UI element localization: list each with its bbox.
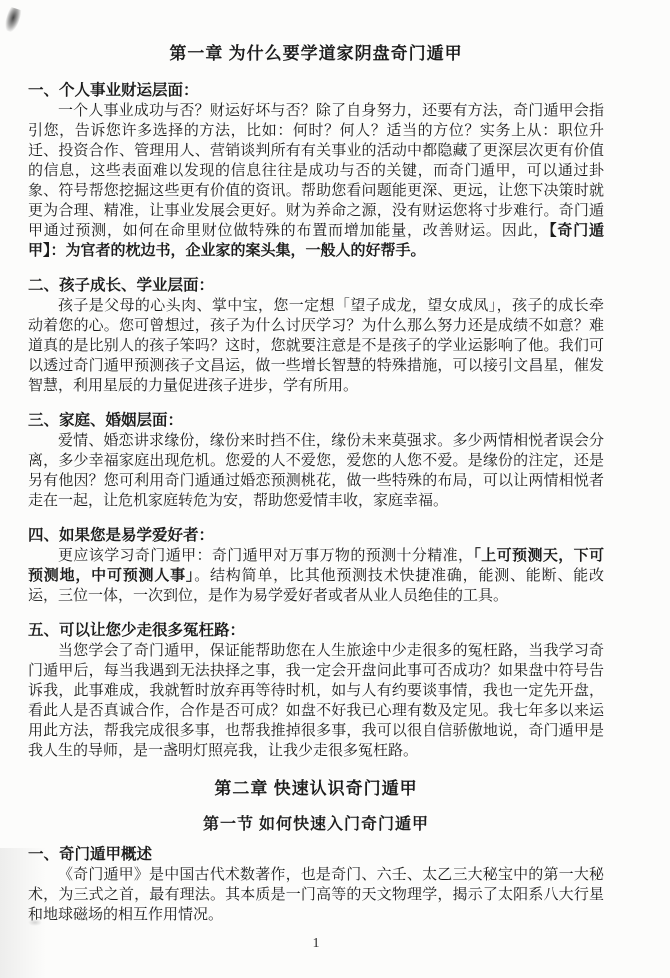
section-2-heading: 二、孩子成长、学业层面： <box>28 275 604 296</box>
document-page: 第一章 为什么要学道家阴盘奇门遁甲 一、个人事业财运层面： 一个人事业成功与否？… <box>0 0 670 978</box>
page-number: 1 <box>28 934 604 954</box>
section-1-heading: 一、个人事业财运层面： <box>28 80 604 101</box>
section-avoid-detours: 五、可以让您少走很多冤枉路： 当您学会了奇门遁甲，保证能帮助您在人生旅途中少走很… <box>28 620 604 761</box>
section-1-paragraph: 一个人事业成功与否？财运好坏与否？除了自身努力，还要有方法，奇门遁甲会指引您，告… <box>28 101 604 261</box>
section-5-text: 当您学会了奇门遁甲，保证能帮助您在人生旅途中少走很多的冤枉路，当我学习奇门遁甲后… <box>28 643 604 759</box>
chapter-2-title: 第二章 快速认识奇门遁甲 <box>28 777 604 801</box>
scan-smudge-artifact <box>3 7 23 34</box>
section-1-text: 一个人事业成功与否？财运好坏与否？除了自身努力，还要有方法，奇门遁甲会指引您，告… <box>28 103 604 239</box>
section-children-study: 二、孩子成长、学业层面： 孩子是父母的心头肉、掌中宝，您一定想「望子成龙，望女成… <box>28 275 604 396</box>
scan-shadow-artifact <box>0 848 46 978</box>
section-5-heading: 五、可以让您少走很多冤枉路： <box>28 620 604 641</box>
overview-paragraph: 《奇门遁甲》是中国古代术数著作，也是奇门、六壬、太乙三大秘宝中的第一大秘术，为三… <box>28 865 604 925</box>
section-4-heading: 四、如果您是易学爱好者： <box>28 525 604 546</box>
scan-speck-artifact <box>28 919 42 926</box>
overview-heading: 一、奇门遁甲概述 <box>28 844 604 865</box>
section-yixue-enthusiast: 四、如果您是易学爱好者： 更应该学习奇门遁甲：奇门遁甲对万事万物的预测十分精准，… <box>28 525 604 606</box>
chapter-1-title: 第一章 为什么要学道家阴盘奇门遁甲 <box>28 42 604 66</box>
section-3-paragraph: 爱情、婚恋讲求缘份，缘份来时挡不住，缘份未来莫强求。多少两情相悦者误会分离，多少… <box>28 431 604 511</box>
section-career-wealth: 一、个人事业财运层面： 一个人事业成功与否？财运好坏与否？除了自身努力，还要有方… <box>28 80 604 261</box>
section-5-paragraph: 当您学会了奇门遁甲，保证能帮助您在人生旅途中少走很多的冤枉路，当我学习奇门遁甲后… <box>28 641 604 761</box>
section-2-paragraph: 孩子是父母的心头肉、掌中宝，您一定想「望子成龙，望女成凤」，孩子的成长牵动着您的… <box>28 296 604 396</box>
chapter-2-section-title: 第一节 如何快速入门奇门遁甲 <box>28 814 604 836</box>
overview-text: 《奇门遁甲》是中国古代术数著作，也是奇门、六壬、太乙三大秘宝中的第一大秘术，为三… <box>28 867 604 923</box>
section-3-heading: 三、家庭、婚姻层面： <box>28 410 604 431</box>
section-4-text-a: 更应该学习奇门遁甲：奇门遁甲对万事万物的预测十分精准， <box>58 548 473 564</box>
section-family-marriage: 三、家庭、婚姻层面： 爱情、婚恋讲求缘份，缘份来时挡不住，缘份未来莫强求。多少两… <box>28 410 604 511</box>
section-2-text: 孩子是父母的心头肉、掌中宝，您一定想「望子成龙，望女成凤」，孩子的成长牵动着您的… <box>28 298 604 394</box>
section-3-text: 爱情、婚恋讲求缘份，缘份来时挡不住，缘份未来莫强求。多少两情相悦者误会分离，多少… <box>28 433 604 509</box>
section-qimen-overview: 一、奇门遁甲概述 《奇门遁甲》是中国古代术数著作，也是奇门、六壬、太乙三大秘宝中… <box>28 844 604 925</box>
section-4-paragraph: 更应该学习奇门遁甲：奇门遁甲对万事万物的预测十分精准，「上可预测天，下可预测地，… <box>28 546 604 606</box>
